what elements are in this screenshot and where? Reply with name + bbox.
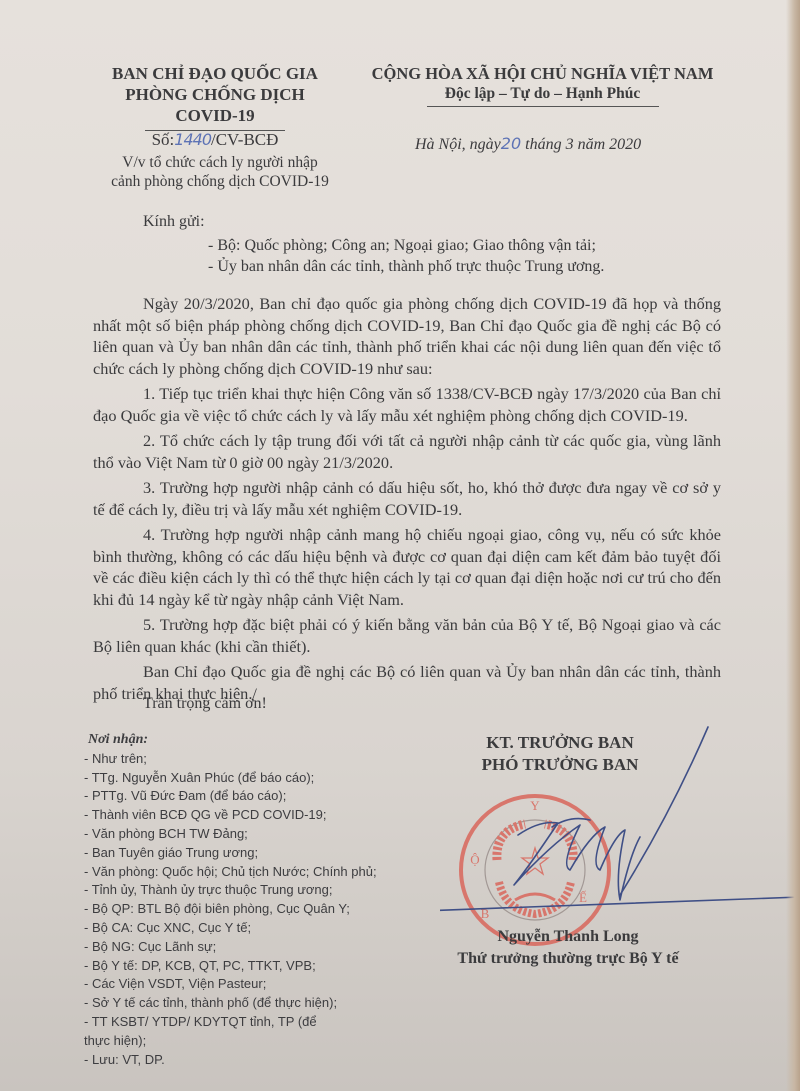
point-3: 3. Trường hợp người nhập cảnh có dấu hiệ… [93, 477, 721, 520]
recipient-item: - Sở Y tế các tỉnh, thành phố (để thực h… [84, 994, 414, 1013]
national-motto: Độc lập – Tự do – Hạnh Phúc [345, 84, 740, 104]
signer-block: Nguyễn Thanh Long Thứ trưởng thường trực… [418, 926, 718, 970]
org-line-1: BAN CHỈ ĐẠO QUỐC GIA [95, 63, 335, 84]
recipients-list: Nơi nhận: - Như trên; - TTg. Nguyễn Xuân… [84, 731, 414, 1069]
recipient-item: - Như trên; [84, 750, 414, 769]
point-1: 1. Tiếp tục triển khai thực hiện Công vă… [93, 383, 721, 426]
motto-underline [427, 106, 659, 107]
country-name: CỘNG HÒA XÃ HỘI CHỦ NGHĨA VIỆT NAM [345, 63, 740, 84]
number-handwritten: 1440 [174, 130, 211, 149]
intro-paragraph: Ngày 20/3/2020, Ban chỉ đạo quốc gia phò… [93, 293, 721, 379]
subject-line-2: cảnh phòng chống dịch COVID-19 [90, 172, 350, 191]
document-subject: V/v tổ chức cách ly người nhập cảnh phòn… [90, 153, 350, 191]
signer-name: Nguyễn Thanh Long [418, 926, 718, 948]
date-prefix: Hà Nội, ngày [415, 136, 501, 153]
org-line-3: COVID-19 [95, 105, 335, 126]
recipient-item: - Ban Tuyên giáo Trung ương; [84, 844, 414, 863]
recipient-item: - Bộ NG: Cục Lãnh sự; [84, 938, 414, 957]
recipient-item: - TT KSBT/ YTDP/ KDYTQT tỉnh, TP (để thự… [84, 1013, 339, 1051]
paper-edge-shadow [786, 0, 800, 1091]
addressee-item: - Ủy ban nhân dân các tỉnh, thành phố tr… [208, 256, 604, 277]
recipients-title: Nơi nhận: [88, 731, 414, 750]
document-number: Số:1440/CV-BCĐ [90, 130, 340, 150]
date-line: Hà Nội, ngày20 tháng 3 năm 2020 [415, 134, 641, 154]
recipient-item: - Bộ Y tế: DP, KCB, QT, PC, TTKT, VPB; [84, 957, 414, 976]
addressee-label: Kính gửi: [143, 213, 205, 231]
point-2: 2. Tổ chức cách ly tập trung đối với tất… [93, 430, 721, 473]
recipient-item: - TTg. Nguyễn Xuân Phúc (để báo cáo); [84, 769, 414, 788]
recipient-item: - PTTg. Vũ Đức Đam (để báo cáo); [84, 787, 414, 806]
document-page: BAN CHỈ ĐẠO QUỐC GIA PHÒNG CHỐNG DỊCH CO… [0, 0, 800, 1091]
number-prefix: Số: [152, 130, 175, 149]
recipient-item: - Lưu: VT, DP. [84, 1051, 414, 1070]
recipient-item: - Thành viên BCĐ QG về PCD COVID-19; [84, 806, 414, 825]
recipient-item: - Bộ QP: BTL Bộ đội biên phòng, Cục Quân… [84, 900, 414, 919]
point-4: 4. Trường hợp người nhập cảnh mang hộ ch… [93, 524, 721, 610]
point-5: 5. Trường hợp đặc biệt phải có ý kiến bằ… [93, 614, 721, 657]
recipient-item: - Các Viện VSDT, Viện Pasteur; [84, 975, 414, 994]
recipient-item: - Tỉnh ủy, Thành ủy trực thuộc Trung ươn… [84, 881, 414, 900]
org-line-2: PHÒNG CHỐNG DỊCH [95, 84, 335, 105]
addressee-item: - Bộ: Quốc phòng; Công an; Ngoại giao; G… [208, 235, 604, 256]
recipient-item: - Văn phòng BCH TW Đảng; [84, 825, 414, 844]
national-header: CỘNG HÒA XÃ HỘI CHỦ NGHĨA VIỆT NAM Độc l… [345, 63, 740, 107]
subject-line-1: V/v tổ chức cách ly người nhập [90, 153, 350, 172]
date-suffix: tháng 3 năm 2020 [521, 136, 641, 153]
signer-position: Thứ trưởng thường trực Bộ Y tế [418, 948, 718, 970]
handwritten-signature-icon [440, 725, 800, 925]
addressee-list: - Bộ: Quốc phòng; Công an; Ngoại giao; G… [208, 235, 604, 277]
number-suffix: /CV-BCĐ [211, 130, 278, 149]
document-body: Ngày 20/3/2020, Ban chỉ đạo quốc gia phò… [93, 293, 721, 708]
issuing-organization: BAN CHỈ ĐẠO QUỐC GIA PHÒNG CHỐNG DỊCH CO… [95, 63, 335, 131]
thanks-line: Trân trọng cảm ơn! [143, 695, 267, 713]
recipient-item: - Văn phòng: Quốc hội; Chủ tịch Nước; Ch… [84, 863, 414, 882]
date-day-handwritten: 20 [501, 134, 521, 153]
recipient-item: - Bộ CA: Cục XNC, Cục Y tế; [84, 919, 414, 938]
